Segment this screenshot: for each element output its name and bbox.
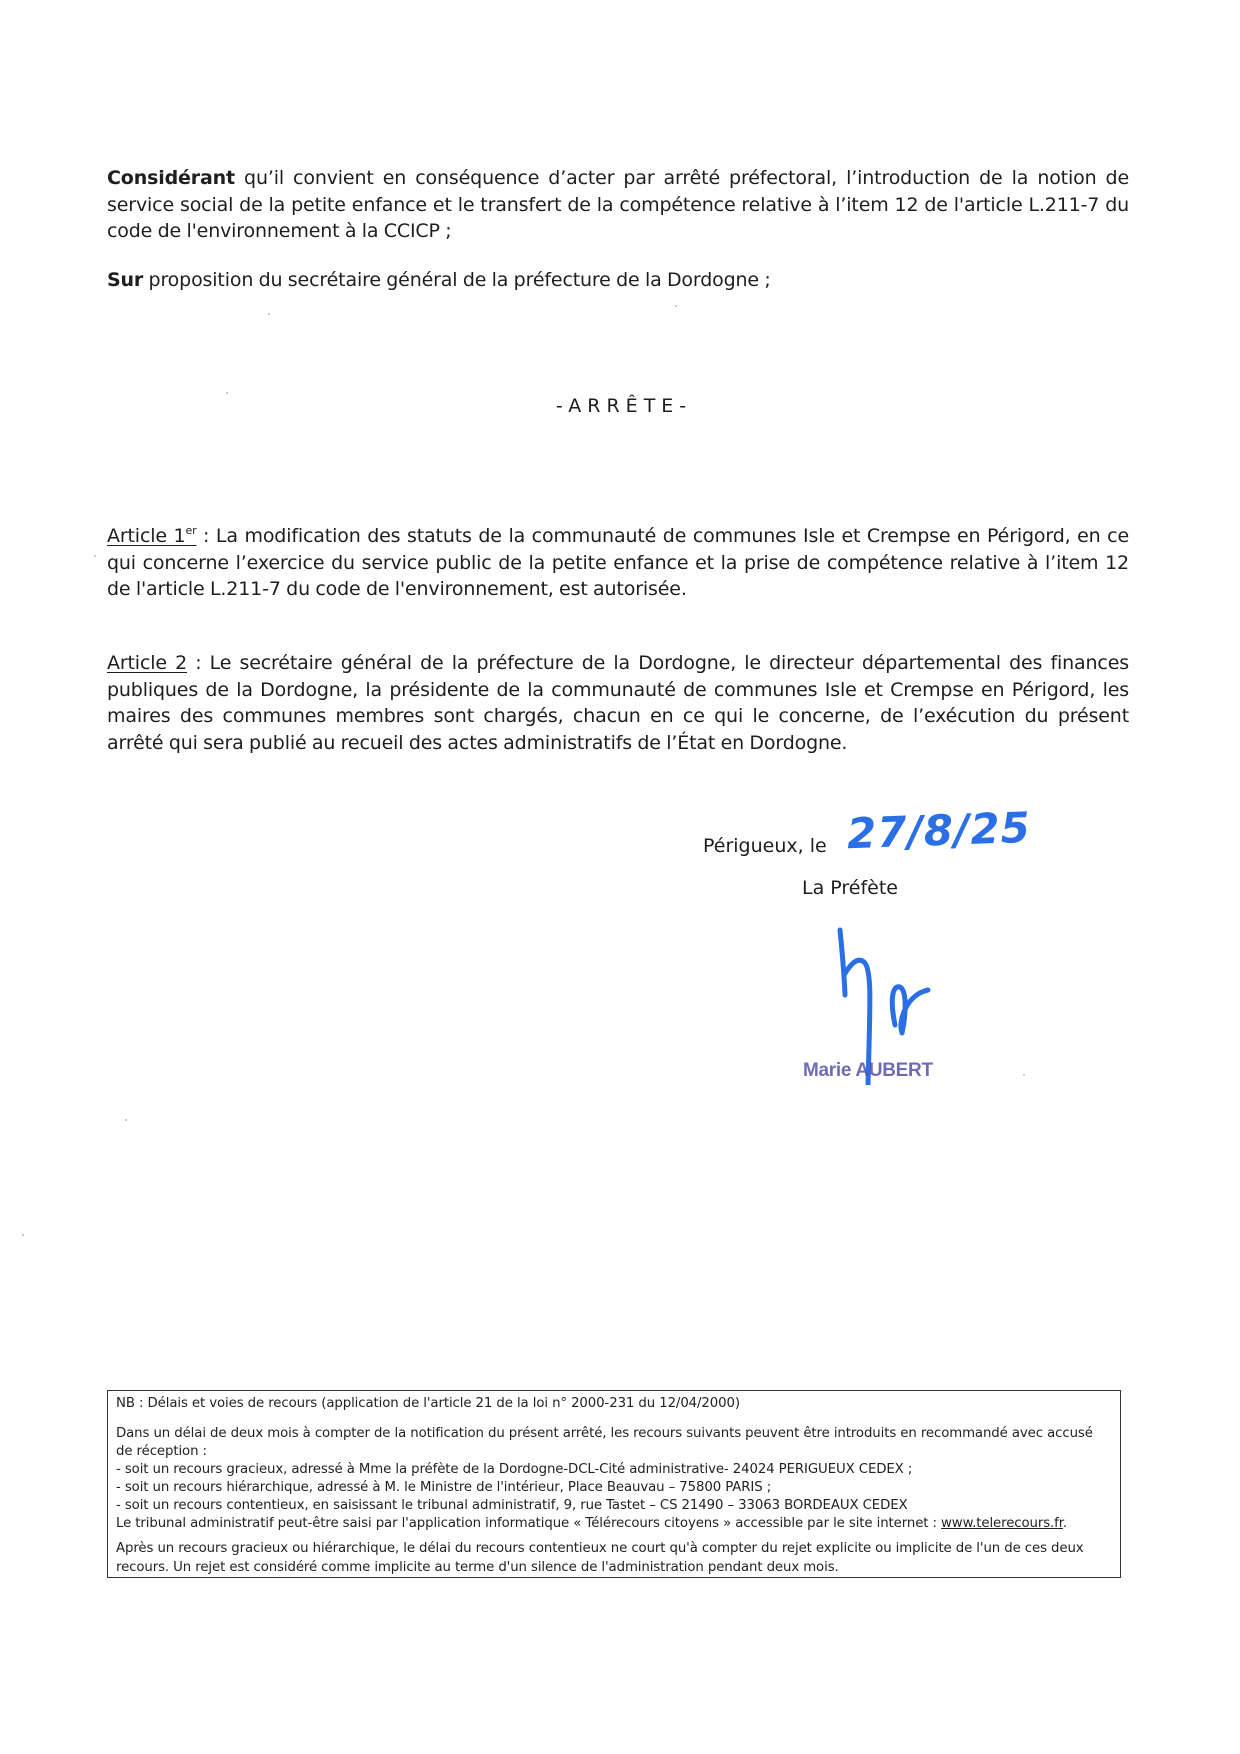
proposition-text: proposition du secrétaire général de la …: [143, 269, 770, 291]
scan-speck: [675, 305, 677, 307]
notice-telerecours: Le tribunal administratif peut-être sais…: [116, 1515, 1112, 1533]
article-1-label: Article 1er: [107, 525, 196, 547]
scan-speck: [22, 1234, 24, 1236]
article-1-label-sup: er: [185, 524, 196, 537]
scan-speck: [268, 313, 270, 315]
proposition-paragraph: Sur proposition du secrétaire général de…: [107, 267, 1129, 294]
considerant-lead: Considérant: [107, 167, 235, 189]
notice-spacer: [116, 1413, 1112, 1425]
article-2-text: : Le secrétaire général de la préfecture…: [107, 652, 1129, 754]
appeal-notice-box: NB : Délais et voies de recours (applica…: [107, 1390, 1121, 1578]
scan-speck: [1023, 1074, 1025, 1076]
telerecours-text: Le tribunal administratif peut-être sais…: [116, 1516, 941, 1531]
scan-speck: [125, 1119, 127, 1121]
notice-item: - soit un recours contentieux, en saisis…: [116, 1497, 1112, 1515]
article-2-label: Article 2: [107, 652, 187, 674]
article-1-text: : La modification des statuts de la comm…: [107, 525, 1129, 600]
article-2: Article 2 : Le secrétaire général de la …: [107, 650, 1129, 756]
signature-place: Périgueux, le: [703, 835, 827, 857]
notice-item: - soit un recours hiérarchique, adressé …: [116, 1479, 1112, 1497]
article-1-label-text: Article 1: [107, 525, 185, 547]
signatory-role: La Préfète: [802, 877, 898, 899]
telerecours-link[interactable]: www.telerecours.fr: [941, 1516, 1063, 1531]
document-page: Considérant qu’il convient en conséquenc…: [0, 0, 1240, 1754]
scan-speck: [226, 392, 228, 394]
telerecours-end: .: [1063, 1516, 1067, 1531]
article-1: Article 1er : La modification des statut…: [107, 523, 1129, 603]
notice-intro: Dans un délai de deux mois à compter de …: [116, 1425, 1112, 1461]
considerant-text: qu’il convient en conséquence d’acter pa…: [107, 167, 1129, 242]
scan-speck: [94, 555, 96, 557]
notice-item: - soit un recours gracieux, adressé à Mm…: [116, 1461, 1112, 1479]
handwritten-date: 27/8/25: [846, 803, 1031, 858]
notice-heading: NB : Délais et voies de recours (applica…: [116, 1395, 1112, 1413]
decree-title: -ARRÊTE-: [0, 395, 1240, 417]
signatory-stamp: Marie AUBERT: [803, 1060, 933, 1082]
proposition-lead: Sur: [107, 269, 143, 291]
considerant-paragraph: Considérant qu’il convient en conséquenc…: [107, 165, 1129, 245]
notice-after: Après un recours gracieux ou hiérarchiqu…: [116, 1539, 1112, 1577]
